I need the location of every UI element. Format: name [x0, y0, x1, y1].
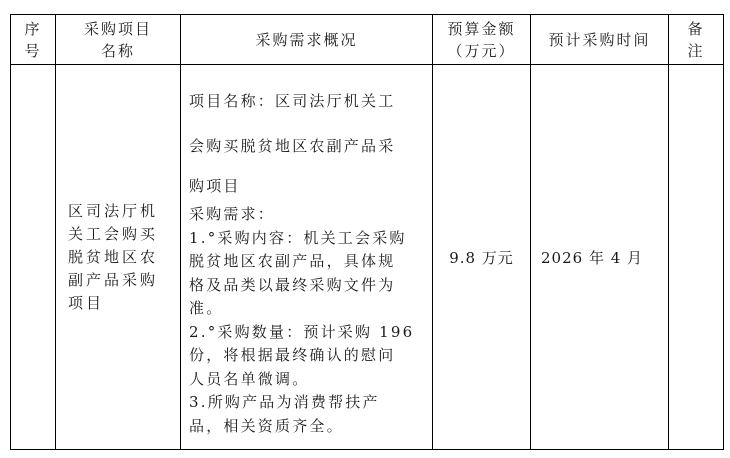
- header-budget: 预算金额 （万元）: [433, 15, 531, 65]
- item-name-line: 副产品采购: [68, 269, 172, 292]
- header-time: 预计采购时间: [531, 15, 669, 65]
- header-remark-line2: 注: [669, 40, 723, 62]
- overview-line: 份，将根据最终确认的慰问: [189, 344, 426, 368]
- cell-seq: [11, 65, 56, 450]
- overview-line: 脱贫地区农副产品，具体规: [189, 250, 426, 274]
- header-remark-line1: 备: [669, 18, 723, 40]
- header-budget-line1: 预算金额: [433, 18, 530, 40]
- procurement-table: 序 号 采购项目 名称 采购需求概况 预算金额 （万元） 预计采购时间 备 注 …: [10, 14, 724, 450]
- overview-title-line: 会购买脱贫地区农副产品采: [189, 124, 426, 169]
- overview-title-line: 购项目: [189, 169, 426, 203]
- overview-line: 2.°采购数量：预计采购 196: [189, 321, 426, 345]
- item-name-line: 关工会购买: [68, 223, 172, 246]
- cell-remark: [669, 65, 724, 450]
- overview-line: 格及品类以最终采购文件为: [189, 274, 426, 298]
- header-seq: 序 号: [11, 15, 56, 65]
- overview-title-line: 项目名称：区司法厅机关工: [189, 79, 426, 124]
- overview-line: 3.所购产品为消费帮扶产: [189, 391, 426, 415]
- table-header-row: 序 号 采购项目 名称 采购需求概况 预算金额 （万元） 预计采购时间 备 注: [11, 15, 724, 65]
- cell-overview: 项目名称：区司法厅机关工 会购买脱贫地区农副产品采 购项目 采购需求： 1.°采…: [181, 65, 433, 450]
- cell-budget: 9.8 万元: [433, 65, 531, 450]
- overview-line: 采购需求：: [189, 203, 426, 227]
- header-item-name: 采购项目 名称: [56, 15, 181, 65]
- table-row: 区司法厅机 关工会购买 脱贫地区农 副产品采购 项目 项目名称：区司法厅机关工 …: [11, 65, 724, 450]
- header-item-name-line1: 采购项目: [56, 18, 180, 40]
- item-name-line: 脱贫地区农: [68, 246, 172, 269]
- header-seq-line1: 序: [11, 18, 55, 40]
- header-item-name-line2: 名称: [56, 40, 180, 62]
- header-overview: 采购需求概况: [181, 15, 433, 65]
- header-seq-line2: 号: [11, 40, 55, 62]
- overview-line: 准。: [189, 297, 426, 321]
- item-name-line: 区司法厅机: [68, 200, 172, 223]
- overview-title: 项目名称：区司法厅机关工 会购买脱贫地区农副产品采 购项目: [189, 79, 426, 203]
- cell-item-name: 区司法厅机 关工会购买 脱贫地区农 副产品采购 项目: [56, 65, 181, 450]
- item-name-line: 项目: [68, 292, 172, 315]
- cell-time: 2026 年 4 月: [531, 65, 669, 450]
- overview-line: 1.°采购内容：机关工会采购: [189, 227, 426, 251]
- header-remark: 备 注: [669, 15, 724, 65]
- overview-line: 品，相关资质齐全。: [189, 415, 426, 439]
- overview-line: 人员名单微调。: [189, 368, 426, 392]
- header-budget-line2: （万元）: [433, 40, 530, 62]
